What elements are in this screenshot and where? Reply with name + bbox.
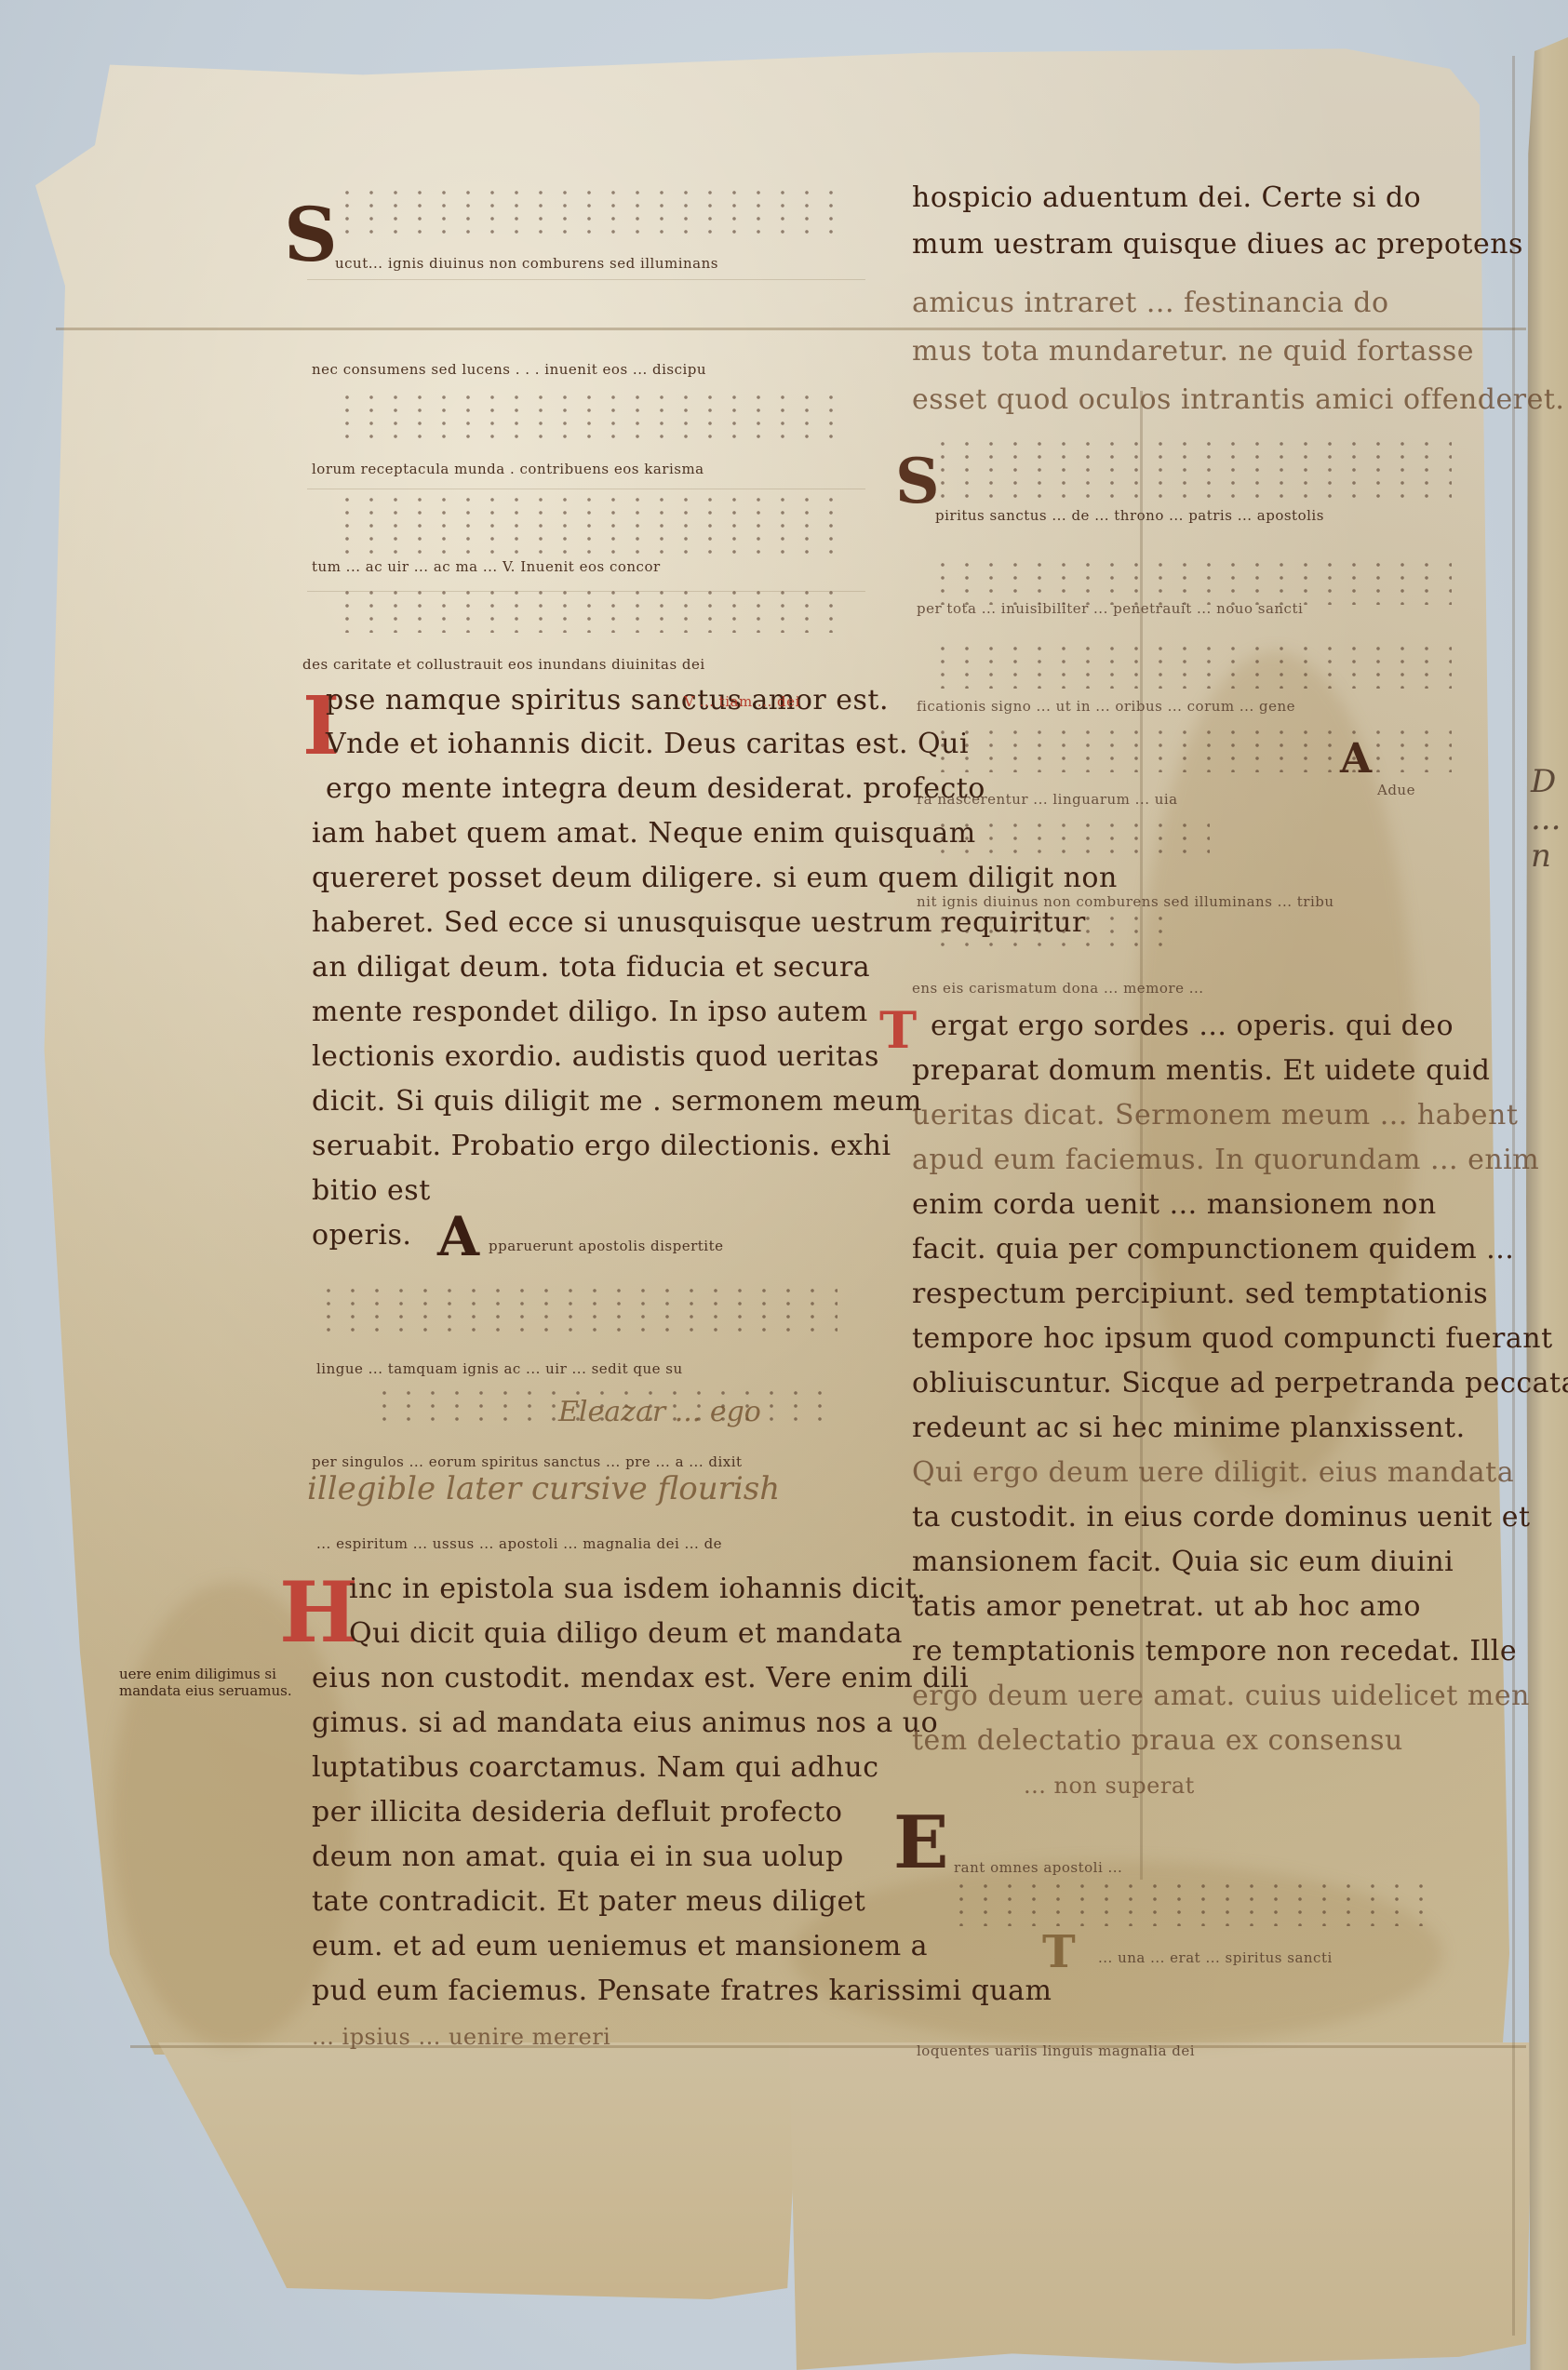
neume-notation [335, 186, 838, 242]
homily-line: Vnde et iohannis dicit. Deus caritas est… [326, 728, 969, 760]
homily-line: tatis amor penetrat. ut ab hoc amo [912, 1590, 1421, 1623]
homily-line: obliuiscuntur. Sicque ad perpetranda pec… [912, 1367, 1568, 1399]
chant-text-line: pparuerunt apostolis dispertite [489, 1238, 724, 1254]
chant-text-line: per tota ... inuisibiliter ... penetraui… [917, 600, 1303, 617]
homily-line: pud eum faciemus. Pensate fratres kariss… [312, 1975, 1052, 2007]
chant-text-line: loquentes uariis linguis magnalia dei [917, 2042, 1195, 2059]
homily-line: mente respondet diligo. In ipso autem [312, 996, 868, 1028]
homily-line: hospicio aduentum dei. Certe si do [912, 181, 1421, 214]
neume-notation [931, 642, 1452, 689]
homily-line: preparat domum mentis. Et uidete quid [912, 1054, 1490, 1087]
parchment-lower-right-flap [789, 2042, 1534, 2370]
homily-line: mus tota mundaretur. ne quid fortasse [912, 335, 1474, 368]
later-hand-inscription: Eleazar ... ego [558, 1396, 761, 1428]
homily-line: enim corda uenit ... mansionem non [912, 1188, 1437, 1221]
homily-line: ergo deum uere amat. cuius uidelicet men [912, 1680, 1530, 1712]
neume-notation [931, 437, 1452, 502]
neume-notation [931, 558, 1452, 605]
homily-line: redeunt ac si hec minime planxissent. [912, 1412, 1466, 1444]
initial-a: A [437, 1205, 479, 1268]
homily-line: gimus. si ad mandata eius animus nos a u… [312, 1707, 938, 1739]
neume-notation [931, 819, 1210, 856]
homily-line: eum. et ad eum ueniemus et mansionem a [312, 1930, 928, 1962]
marginal-gloss: uere enim diligimus si mandata eius seru… [119, 1666, 292, 1699]
homily-line: per illicita desideria defluit profecto [312, 1796, 842, 1828]
red-initial-h: H [279, 1563, 358, 1662]
chant-text-line: ucut... ignis diuinus non comburens sed … [335, 255, 718, 272]
chant-text-line: ra nascerentur ... linguarum ... uia [917, 791, 1178, 808]
homily-line: apud eum faciemus. In quorundam ... enim [912, 1144, 1539, 1176]
neume-notation [335, 586, 838, 633]
red-initial-t: T [879, 1000, 917, 1060]
neume-notation [931, 726, 1452, 772]
later-initial-t: T [1042, 1926, 1076, 1978]
homily-line: ueritas dicat. Sermonem meum ... habent [912, 1099, 1518, 1131]
homily-line: tem delectatio praua ex consensu [912, 1724, 1403, 1757]
gloss-line: uere enim diligimus si [119, 1666, 292, 1682]
neume-notation [931, 912, 1173, 949]
homily-line: mum uestram quisque diues ac prepotens [912, 228, 1523, 261]
homily-line: ergat ergo sordes ... operis. qui deo [931, 1010, 1454, 1042]
homily-line-faded: ... non superat [1024, 1773, 1195, 1799]
adjacent-leaf-text: D ... n [1531, 763, 1568, 875]
neume-notation [949, 1880, 1433, 1926]
homily-line: deum non amat. quia ei in sua uolup [312, 1841, 844, 1873]
chant-text-line: nec consumens sed lucens . . . inuenit e… [312, 361, 706, 378]
chant-text-line: rant omnes apostoli ... [954, 1859, 1122, 1876]
homily-line: an diligat deum. tota fiducia et secura [312, 951, 870, 984]
homily-line: luptatibus coarctamus. Nam qui adhuc [312, 1751, 879, 1784]
neume-notation [316, 1284, 838, 1340]
homily-line: eius non custodit. mendax est. Vere enim… [312, 1662, 969, 1694]
homily-line: tate contradicit. Et pater meus diliget [312, 1885, 865, 1918]
homily-line: tempore hoc ipsum quod compuncti fuerant [912, 1322, 1553, 1355]
neume-notation [335, 391, 838, 447]
chant-text-line: piritus sanctus ... de ... throno ... pa… [935, 507, 1324, 524]
homily-line: ergo mente integra deum desiderat. profe… [326, 772, 985, 805]
homily-line: bitio est [312, 1174, 431, 1207]
homily-line: Qui ergo deum uere diligit. eius mandata [912, 1456, 1514, 1489]
homily-line: quereret posset deum diligere. si eum qu… [312, 862, 1118, 894]
ruling-line [307, 489, 865, 489]
homily-line: amicus intraret ... festinancia do [912, 287, 1389, 319]
homily-line: re temptationis tempore non recedat. Ill… [912, 1635, 1517, 1667]
initial-a: A [1340, 735, 1372, 783]
homily-line: inc in epistola sua isdem iohannis dicit… [349, 1573, 926, 1605]
chant-text-line: lorum receptacula munda . contribuens eo… [312, 461, 704, 477]
homily-line: seruabit. Probatio ergo dilectionis. exh… [312, 1130, 891, 1162]
chant-text-line: des caritate et collustrauit eos inundan… [302, 656, 705, 673]
rubric-cue: V ... tiam ... dei [684, 693, 800, 710]
chant-text-line: tum ... ac uir ... ac ma ... V. Inuenit … [312, 558, 661, 575]
homily-line: lectionis exordio. audistis quod ueritas [312, 1040, 879, 1073]
homily-line: facit. quia per compunctionem quidem ... [912, 1233, 1514, 1265]
chant-text-line: ... espiritum ... ussus ... apostoli ...… [316, 1535, 722, 1552]
chant-text-line: lingue ... tamquam ignis ac ... uir ... … [316, 1360, 683, 1377]
chant-text-line: ens eis carismatum dona ... memore ... [912, 980, 1204, 997]
homily-line: Qui dicit quia diligo deum et mandata [349, 1617, 903, 1650]
homily-line: esset quod oculos intrantis amici offend… [912, 383, 1564, 416]
horizontal-fold [56, 328, 1526, 330]
chant-text-line: nit ignis diuinus non comburens sed illu… [917, 893, 1334, 910]
chant-text-line: Adue [1377, 782, 1415, 798]
homily-line: pse namque spiritus sanctus amor est. [326, 684, 889, 716]
chant-text-line: per singulos ... eorum spiritus sanctus … [312, 1453, 743, 1470]
later-hand-flourish: illegible later cursive flourish [307, 1470, 780, 1507]
homily-line: iam habet quem amat. Neque enim quisquam [312, 817, 976, 850]
neume-notation [335, 493, 838, 558]
homily-line: dicit. Si quis diligit me . sermonem meu… [312, 1085, 922, 1118]
homily-line: mansionem facit. Quia sic eum diuini [912, 1546, 1454, 1578]
chant-text-line: ... una ... erat ... spiritus sancti [1098, 1949, 1333, 1966]
homily-line: ta custodit. in eius corde dominus uenit… [912, 1501, 1531, 1533]
chant-text-line: ficationis signo ... ut in ... oribus ..… [917, 698, 1295, 715]
homily-line-faded: ... ipsius ... uenire mereri [312, 2024, 610, 2050]
homily-line: operis. [312, 1219, 411, 1252]
decorated-initial-e: E [893, 1801, 948, 1885]
decorated-initial-s: S [284, 191, 338, 278]
homily-line: respectum percipiunt. sed temptationis [912, 1278, 1488, 1310]
ruling-line [307, 279, 865, 280]
gloss-line: mandata eius seruamus. [119, 1682, 292, 1699]
